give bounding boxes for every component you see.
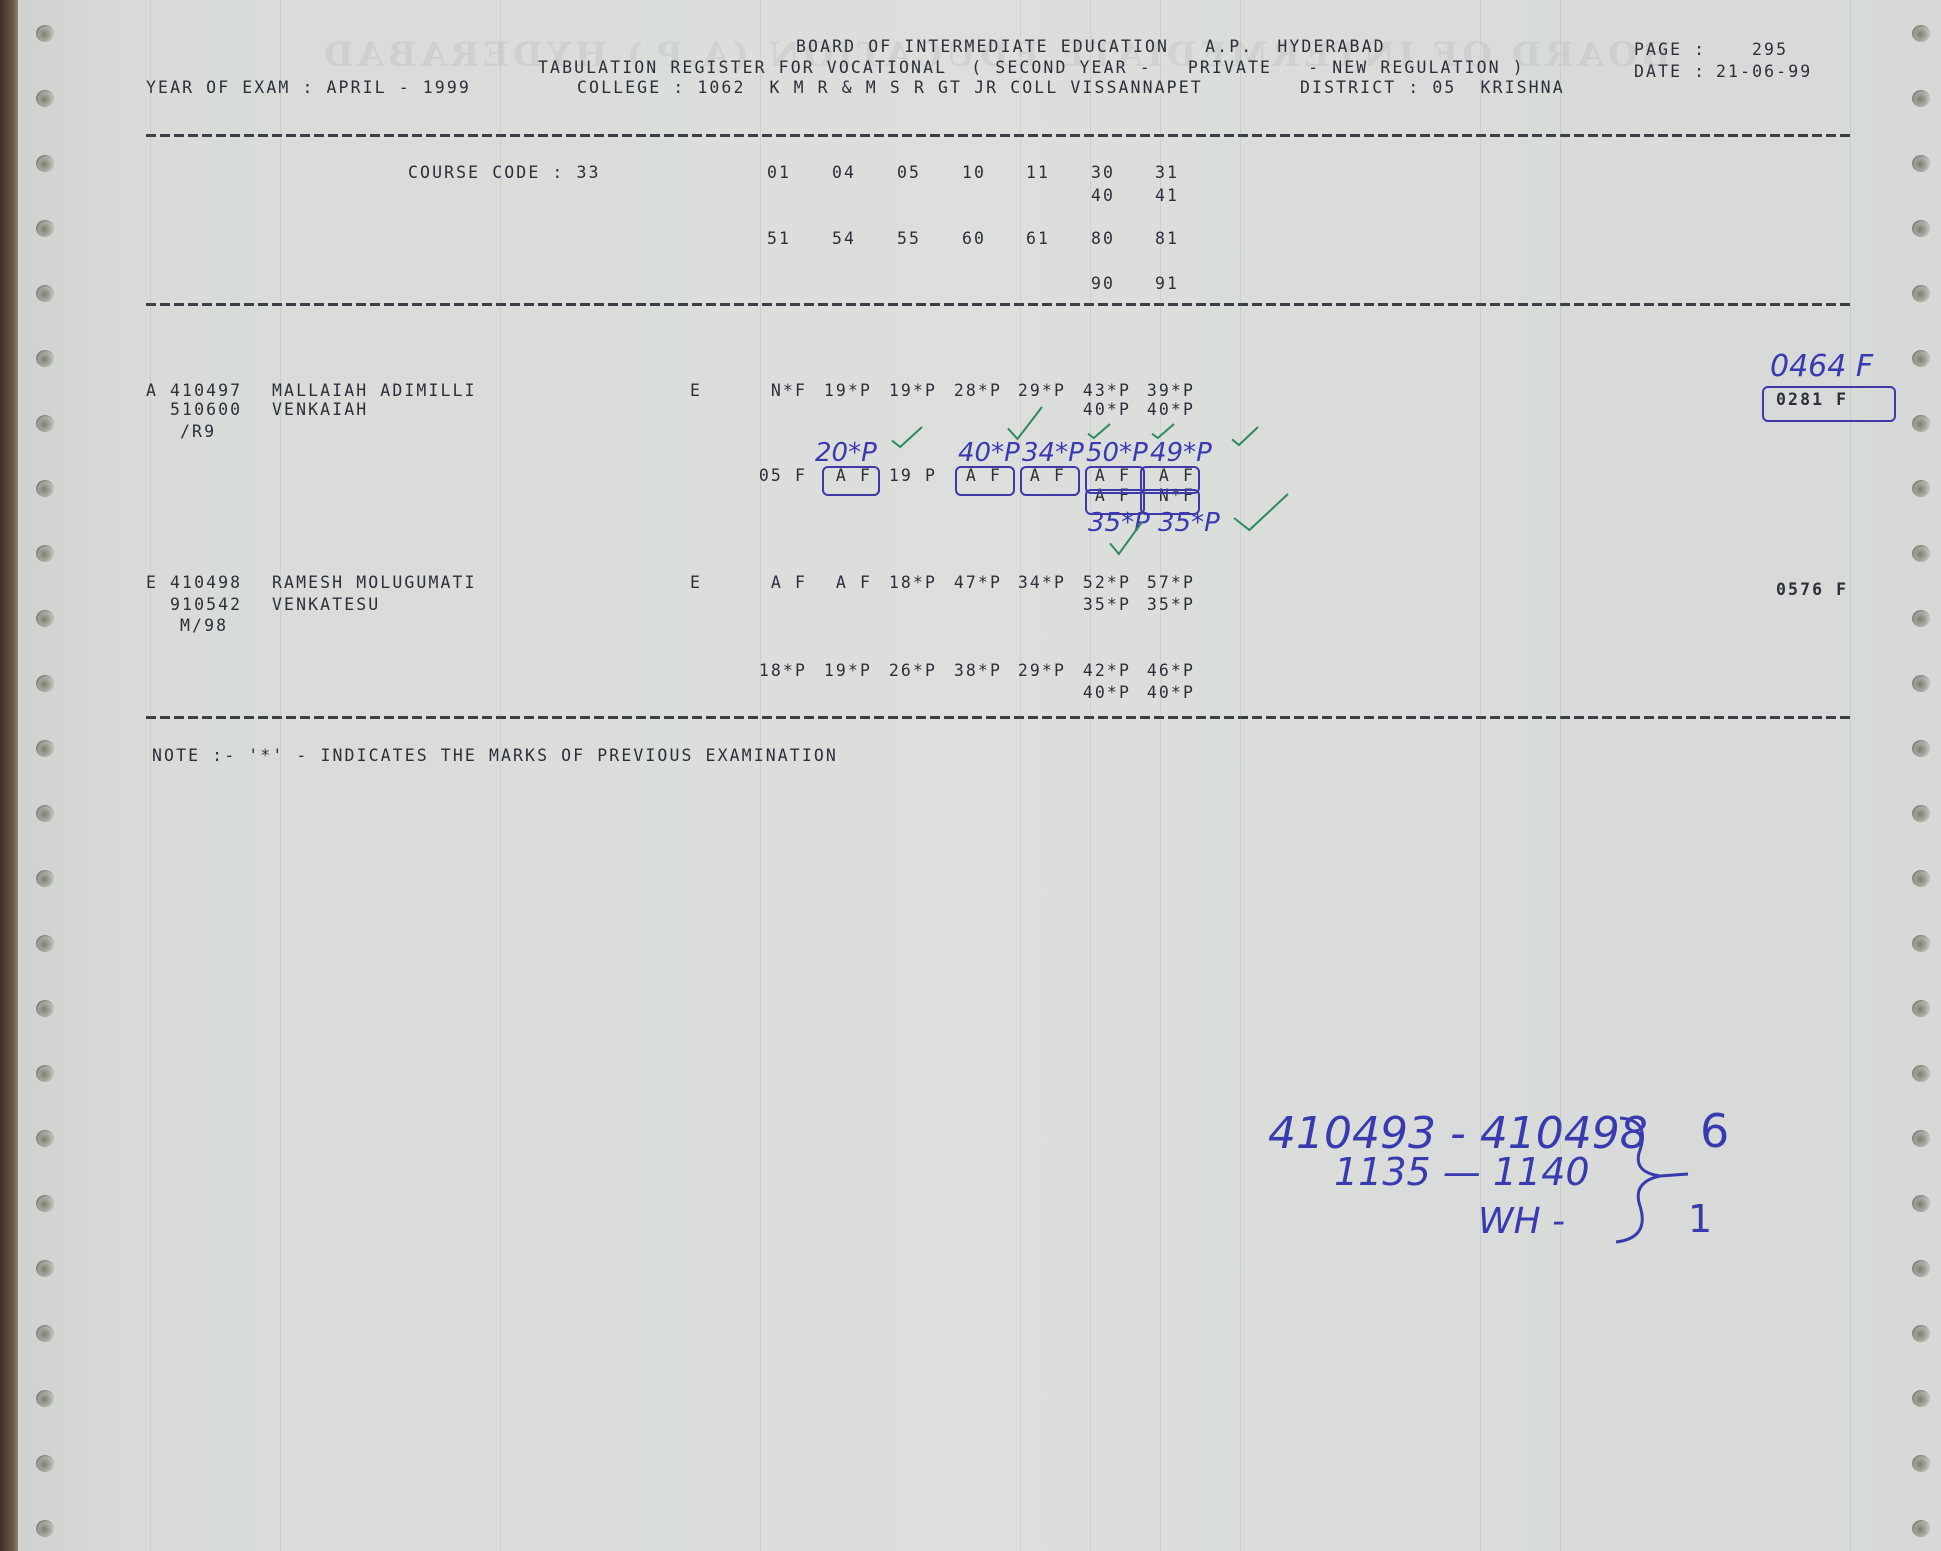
ruling-stripe [150, 0, 151, 1551]
mark-cell: 26*P [889, 663, 937, 680]
page-label: PAGE : [1634, 42, 1706, 59]
mark-cell: 38*P [954, 663, 1002, 680]
check-mark-icon [1230, 425, 1260, 447]
tractor-feed-hole [36, 1065, 54, 1082]
mark-cell: 40*P [1083, 402, 1131, 419]
subject-code: 01 [767, 165, 791, 182]
student-name: RAMESH MOLUGUMATI [272, 575, 477, 592]
roll-number: 910542 [170, 597, 242, 614]
tractor-feed-hole [1912, 1260, 1930, 1277]
separator-line [146, 716, 1853, 719]
tractor-feed-hole [1912, 610, 1930, 627]
subject-code: 41 [1155, 188, 1179, 205]
pen-circled-mark [1762, 386, 1896, 422]
page-number: 295 [1752, 42, 1788, 59]
mark-cell: 43*P [1083, 383, 1131, 400]
subject-code: 11 [1026, 165, 1050, 182]
footnote: NOTE :- '*' - INDICATES THE MARKS OF PRE… [152, 748, 838, 765]
tractor-feed-hole [36, 610, 54, 627]
mark-cell: 40*P [1083, 685, 1131, 702]
medium: E [690, 383, 702, 400]
medium: E [690, 575, 702, 592]
subject-code: 04 [832, 165, 856, 182]
subject-code: 80 [1091, 231, 1115, 248]
tractor-feed-hole [1912, 1455, 1930, 1472]
tractor-feed-hole [36, 220, 54, 237]
pen-circled-mark [1085, 489, 1145, 515]
tractor-feed-hole [1912, 155, 1930, 172]
tractor-feed-hole [36, 1260, 54, 1277]
tractor-feed-hole [1912, 1130, 1930, 1147]
student-category: A [146, 383, 158, 400]
tractor-feed-hole [36, 285, 54, 302]
tractor-feed-hole [1912, 805, 1930, 822]
course-code: COURSE CODE : 33 [408, 165, 601, 182]
previous-attempt: /R9 [180, 424, 216, 441]
mark-cell: 34*P [1018, 575, 1066, 592]
tractor-feed-hole [1912, 935, 1930, 952]
ruling-stripe [280, 0, 281, 1551]
subject-code: 61 [1026, 231, 1050, 248]
mark-cell: 29*P [1018, 663, 1066, 680]
ruling-stripe [1240, 0, 1241, 1551]
mark-cell: 40*P [1147, 685, 1195, 702]
subject-code: 05 [897, 165, 921, 182]
mark-cell: A F [836, 575, 872, 592]
pen-circled-mark [955, 466, 1015, 496]
check-mark-icon [890, 425, 924, 449]
mark-cell: 28*P [954, 383, 1002, 400]
roll-number: 510600 [170, 402, 242, 419]
mark-cell: 47*P [954, 575, 1002, 592]
pen-circled-mark [1140, 489, 1200, 515]
ruling-stripe [760, 0, 761, 1551]
ruling-stripe [1850, 0, 1851, 1551]
tractor-feed-hole [36, 740, 54, 757]
tractor-feed-hole [36, 90, 54, 107]
tractor-feed-hole [1912, 870, 1930, 887]
tractor-feed-hole [1912, 1195, 1930, 1212]
summary-count: 6 [1700, 1108, 1729, 1154]
district: DISTRICT : 05 KRISHNA [1300, 80, 1565, 97]
tractor-feed-hole [36, 935, 54, 952]
tractor-feed-hole [1912, 350, 1930, 367]
handwritten-correction: 49*P [1150, 440, 1212, 466]
tractor-feed-hole [1912, 740, 1930, 757]
result-total: 0576 F [1776, 582, 1848, 599]
tractor-feed-hole [36, 805, 54, 822]
tractor-feed-hole [1912, 25, 1930, 42]
separator-line [146, 303, 1853, 306]
tractor-feed-hole [1912, 1065, 1930, 1082]
check-mark-icon [1232, 492, 1290, 532]
pen-circled-mark [1020, 466, 1080, 496]
tractor-feed-hole [36, 1195, 54, 1212]
tractor-feed-hole [1912, 1325, 1930, 1342]
ruling-stripe [1560, 0, 1561, 1551]
tractor-feed-hole [36, 1325, 54, 1342]
summary-wh-label: WH - [1478, 1204, 1565, 1240]
handwritten-correction: 40*P [958, 440, 1020, 466]
mark-cell: 05 F [759, 468, 807, 485]
tractor-feed-hole [36, 1130, 54, 1147]
subject-code: 60 [962, 231, 986, 248]
subject-code: 54 [832, 231, 856, 248]
subject-code: 10 [962, 165, 986, 182]
mark-cell: 19 P [889, 468, 937, 485]
date-label: DATE : [1634, 64, 1706, 81]
mark-cell: 42*P [1083, 663, 1131, 680]
tractor-feed-hole [36, 415, 54, 432]
student-name: MALLAIAH ADIMILLI [272, 383, 477, 400]
handwritten-result: 0464 F [1770, 352, 1873, 382]
mark-cell: A F [771, 575, 807, 592]
check-mark-icon [1006, 405, 1044, 441]
subject-code: 51 [767, 231, 791, 248]
subject-code: 81 [1155, 231, 1179, 248]
handwritten-correction: 34*P [1022, 440, 1084, 466]
hall-ticket-number: 410498 [170, 575, 242, 592]
tractor-feed-hole [1912, 480, 1930, 497]
subject-code: 31 [1155, 165, 1179, 182]
year-of-exam: YEAR OF EXAM : APRIL - 1999 [146, 80, 471, 97]
father-name: VENKAIAH [272, 402, 368, 419]
handwritten-correction: 20*P [815, 440, 877, 466]
tractor-feed-hole [36, 1455, 54, 1472]
tractor-feed-hole [1912, 220, 1930, 237]
curly-brace-icon [1610, 1110, 1690, 1250]
pen-circled-mark [822, 466, 880, 496]
ruling-stripe [1480, 0, 1481, 1551]
mark-cell: 29*P [1018, 383, 1066, 400]
college-line: COLLEGE : 1062 K M R & M S R GT JR COLL … [577, 80, 1203, 97]
subject-code: 90 [1091, 276, 1115, 293]
summary-serials: 1135 — 1140 [1334, 1153, 1590, 1191]
tractor-feed-hole [36, 25, 54, 42]
mark-cell: 18*P [759, 663, 807, 680]
check-mark-icon [1150, 422, 1176, 440]
register-title: TABULATION REGISTER FOR VOCATIONAL ( SEC… [538, 60, 1525, 77]
student-category: E [146, 575, 158, 592]
father-name: VENKATESU [272, 597, 380, 614]
previous-attempt: M/98 [180, 618, 228, 635]
subject-code: 55 [897, 231, 921, 248]
tractor-feed-hole [36, 1520, 54, 1537]
tractor-feed-hole [1912, 1520, 1930, 1537]
check-mark-icon [1108, 520, 1144, 556]
tractor-feed-hole [36, 675, 54, 692]
mark-cell: 19*P [889, 383, 937, 400]
date-value: 21-06-99 [1716, 64, 1812, 81]
tractor-feed-hole [1912, 415, 1930, 432]
mark-cell: 19*P [824, 663, 872, 680]
mark-cell: 35*P [1147, 597, 1195, 614]
mark-cell: 19*P [824, 383, 872, 400]
subject-code: 30 [1091, 165, 1115, 182]
tractor-feed-hole [36, 1390, 54, 1407]
check-mark-icon [1086, 422, 1112, 440]
tractor-feed-hole [1912, 1000, 1930, 1017]
subject-code: 91 [1155, 276, 1179, 293]
ruling-stripe [1020, 0, 1021, 1551]
tractor-feed-hole [1912, 1390, 1930, 1407]
tractor-feed-hole [1912, 545, 1930, 562]
mark-cell: 57*P [1147, 575, 1195, 592]
tractor-feed-hole [36, 480, 54, 497]
mark-cell: N*F [771, 383, 807, 400]
mark-cell: 40*P [1147, 402, 1195, 419]
mark-cell: 35*P [1083, 597, 1131, 614]
ruling-stripe [500, 0, 501, 1551]
mark-cell: 46*P [1147, 663, 1195, 680]
mark-cell: 52*P [1083, 575, 1131, 592]
mark-cell: 18*P [889, 575, 937, 592]
mark-cell: 39*P [1147, 383, 1195, 400]
tractor-feed-hole [36, 350, 54, 367]
tractor-feed-hole [36, 155, 54, 172]
handwritten-correction: 50*P [1086, 440, 1148, 466]
hall-ticket-number: 410497 [170, 383, 242, 400]
tractor-feed-hole [36, 1000, 54, 1017]
tractor-feed-hole [1912, 90, 1930, 107]
tractor-feed-hole [1912, 285, 1930, 302]
tractor-feed-hole [36, 870, 54, 887]
subject-code: 40 [1091, 188, 1115, 205]
summary-wh-count: 1 [1688, 1200, 1712, 1238]
separator-line [146, 134, 1853, 137]
tractor-feed-hole [1912, 675, 1930, 692]
tractor-feed-hole [36, 545, 54, 562]
